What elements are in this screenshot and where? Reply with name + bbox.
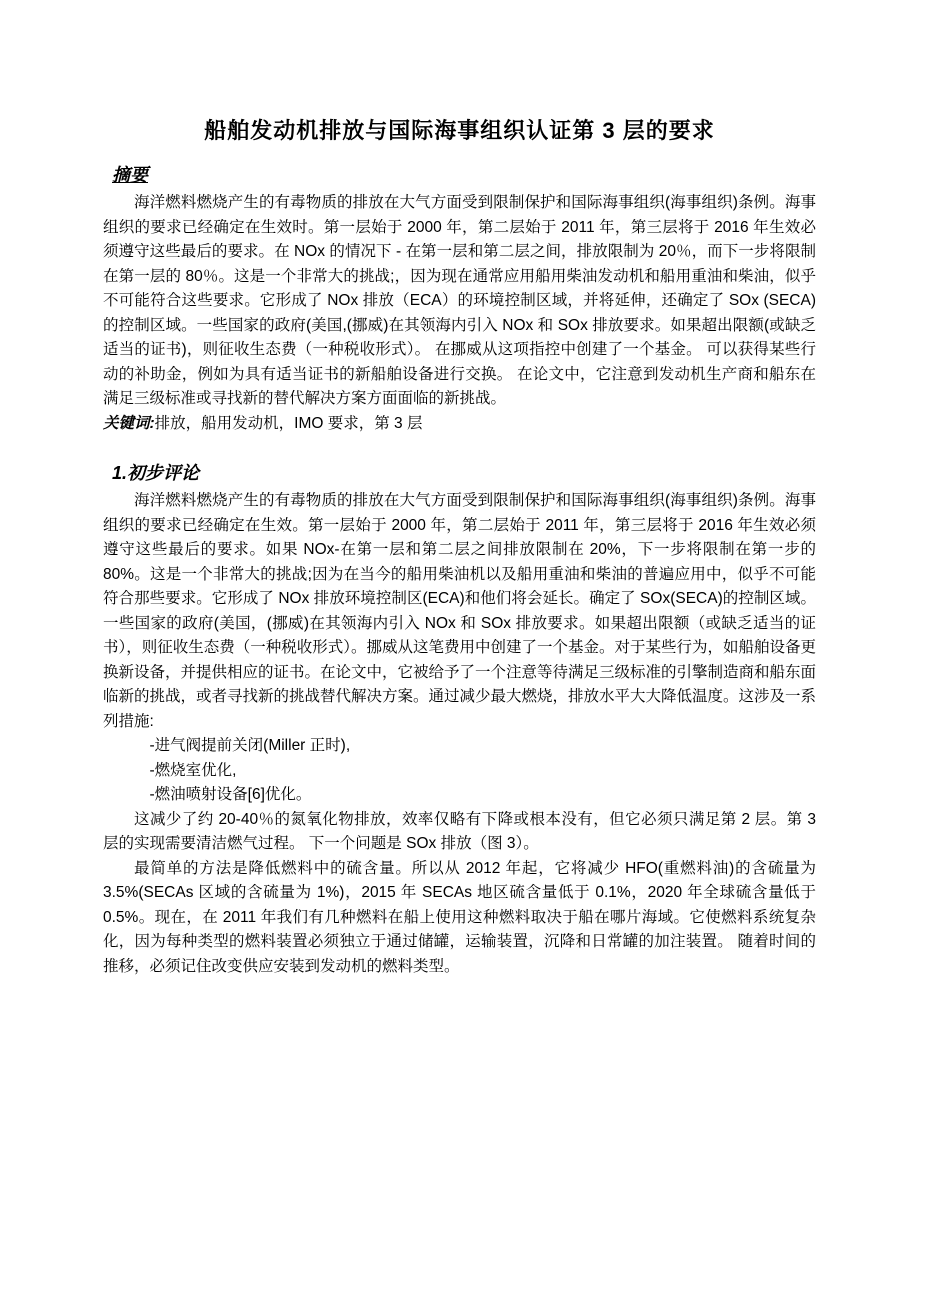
section1-paragraph-1: 海洋燃料燃烧产生的有毒物质的排放在大气方面受到限制保护和国际海事组织(海事组织)… xyxy=(103,489,816,734)
document-content: 船舶发动机排放与国际海事组织认证第 3 层的要求 摘要 海洋燃料燃烧产生的有毒物… xyxy=(103,114,816,979)
document-title: 船舶发动机排放与国际海事组织认证第 3 层的要求 xyxy=(103,114,816,145)
measure-item: -燃油喷射设备[6]优化。 xyxy=(103,783,816,808)
measure-item: -燃烧室优化, xyxy=(103,759,816,784)
measure-item: -进气阀提前关闭(Miller 正时), xyxy=(103,734,816,759)
abstract-body: 海洋燃料燃烧产生的有毒物质的排放在大气方面受到限制保护和国际海事组织(海事组织)… xyxy=(103,191,816,412)
section-spacer xyxy=(103,436,816,459)
section1-paragraph-2: 这减少了约 20-40％的氮氧化物排放，效率仅略有下降或根本没有，但它必须只满足… xyxy=(103,808,816,857)
keywords-label: 关键词: xyxy=(103,415,155,432)
measures-list: -进气阀提前关闭(Miller 正时), -燃烧室优化, -燃油喷射设备[6]优… xyxy=(103,734,816,808)
keywords-line: 关键词:排放，船用发动机，IMO 要求，第 3 层 xyxy=(103,412,816,437)
abstract-heading: 摘要 xyxy=(112,161,816,187)
section1-heading: 1.初步评论 xyxy=(112,459,816,485)
document-page: 船舶发动机排放与国际海事组织认证第 3 层的要求 摘要 海洋燃料燃烧产生的有毒物… xyxy=(0,0,926,1309)
section1-paragraph-3: 最简单的方法是降低燃料中的硫含量。所以从 2012 年起，它将减少 HFO(重燃… xyxy=(103,857,816,980)
keywords-text: 排放，船用发动机，IMO 要求，第 3 层 xyxy=(155,415,423,432)
